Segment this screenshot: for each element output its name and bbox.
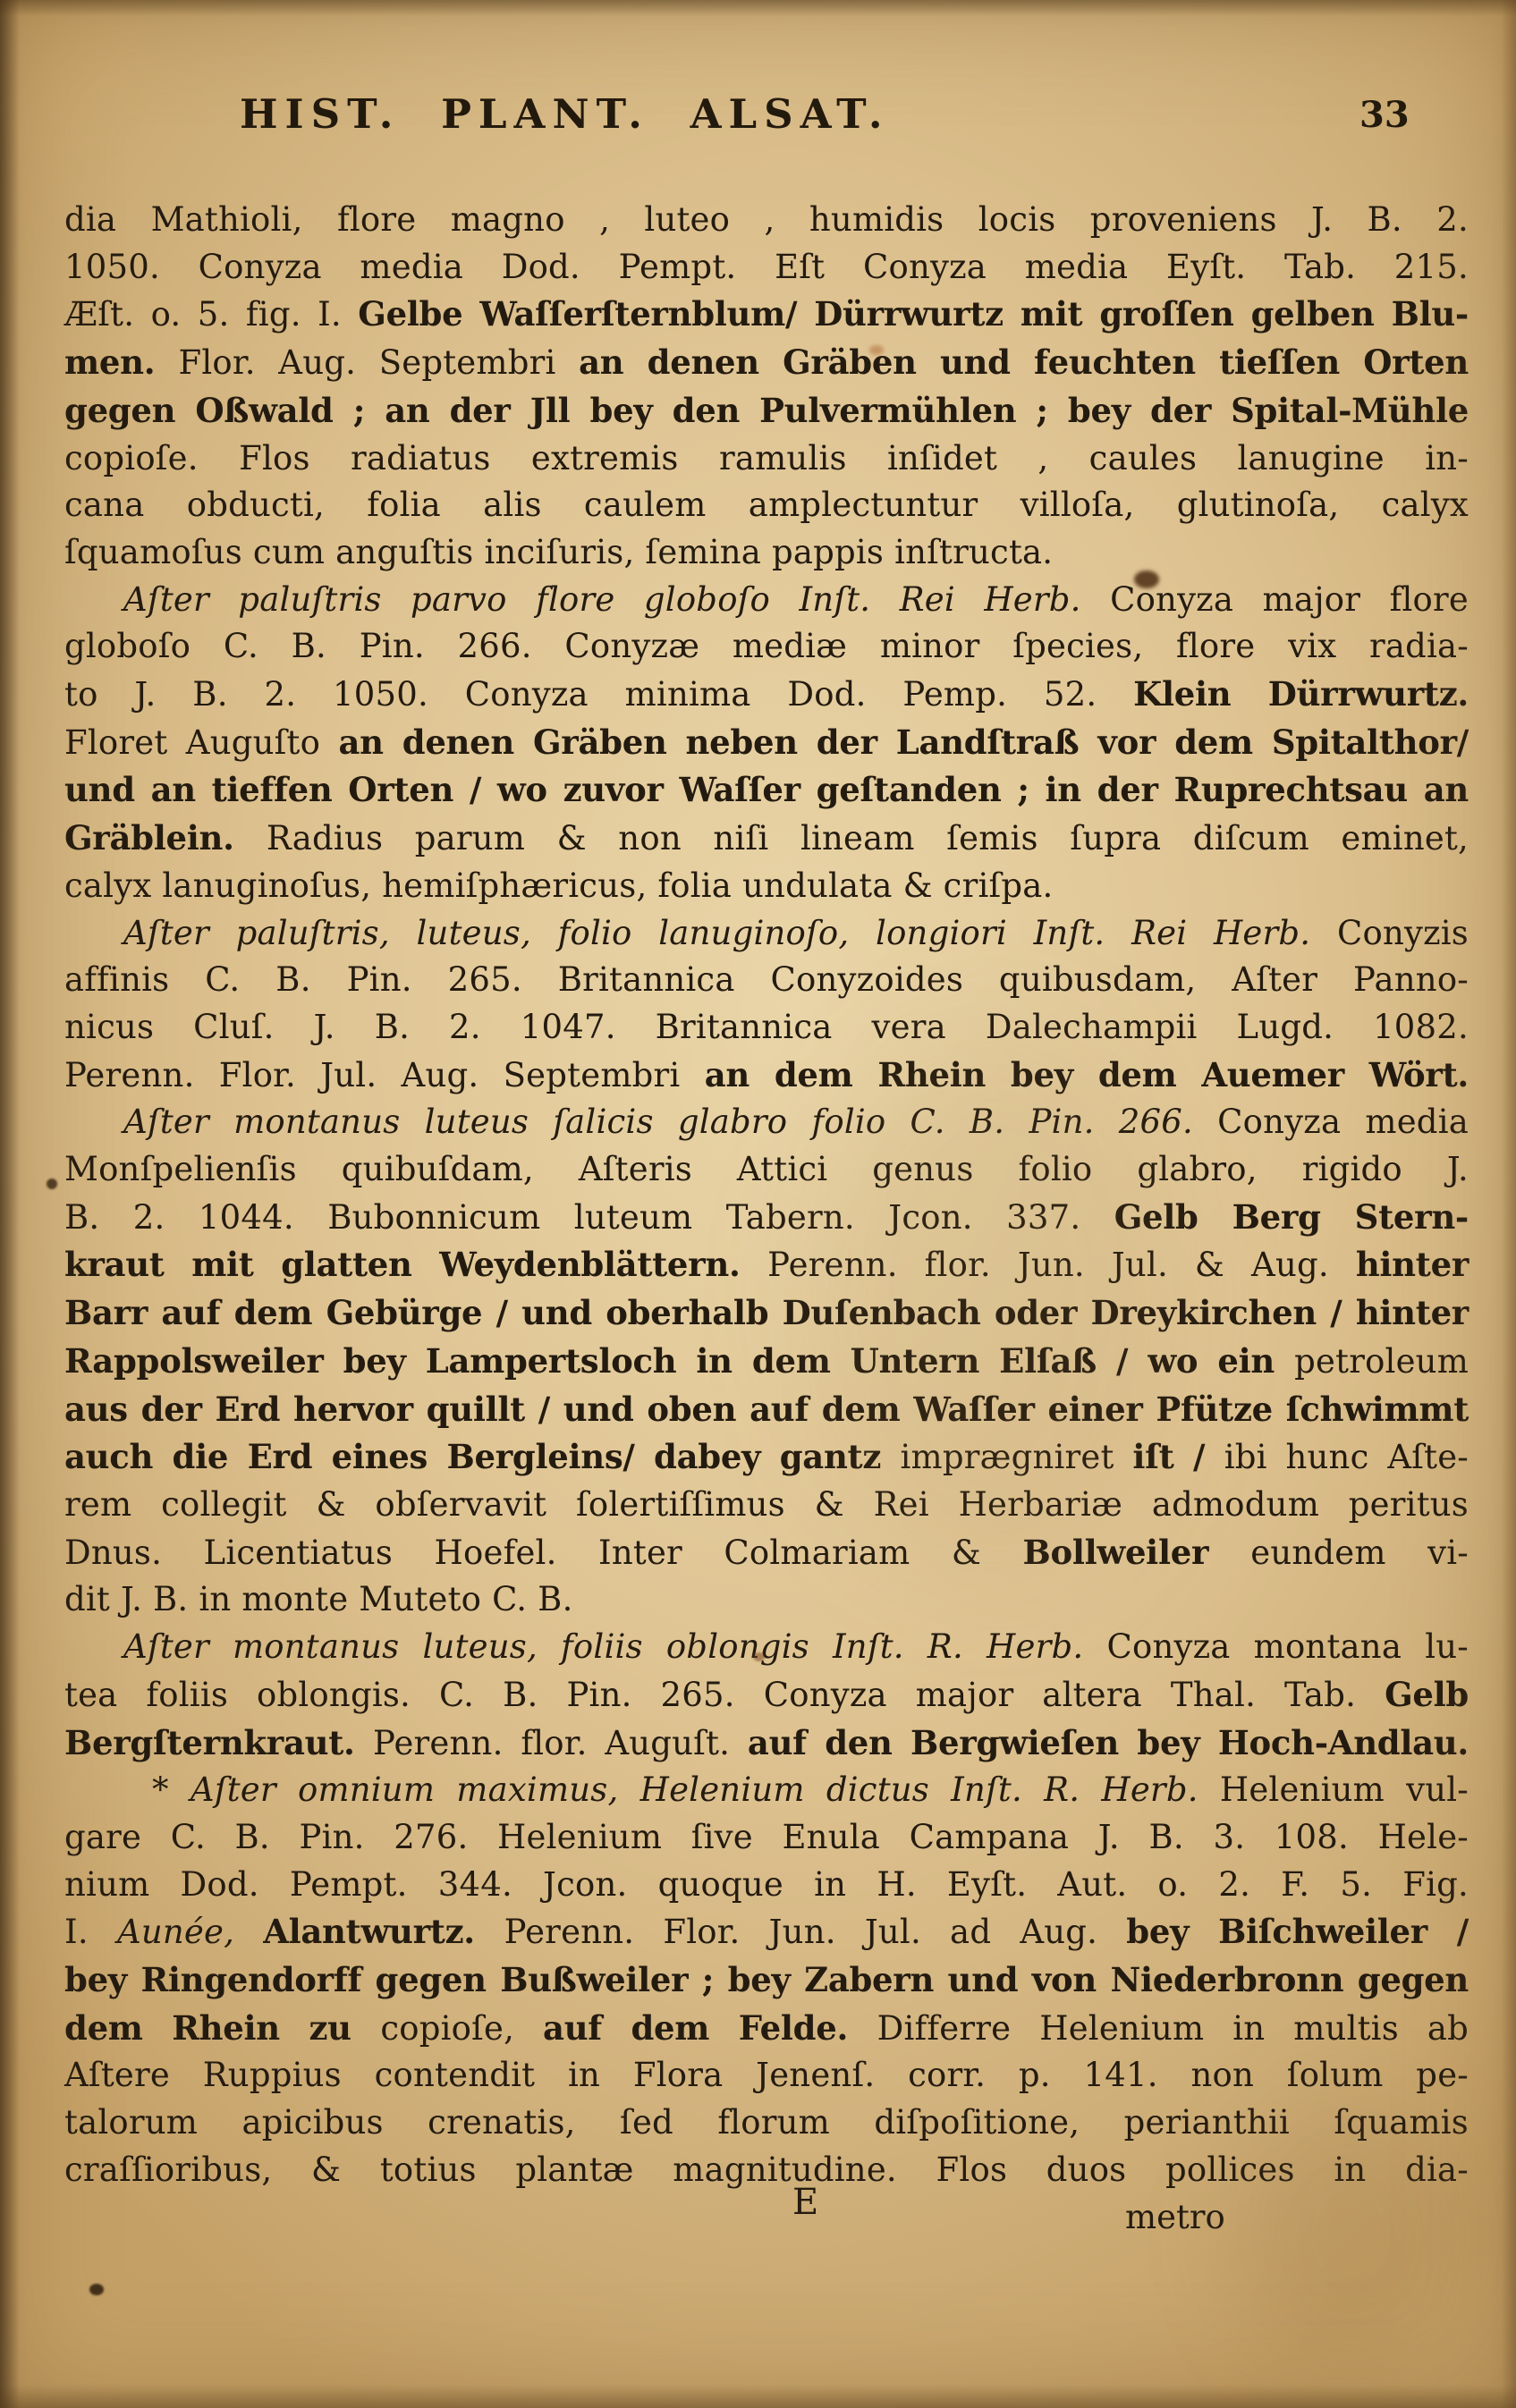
- latin-text: *: [152, 1770, 191, 1809]
- body-text-block: dia Mathioli, flore magno , luteo , humi…: [64, 197, 1469, 2194]
- latin-text: nium Dod. Pempt. 344. Jcon. quoque in H.…: [64, 1865, 1469, 1904]
- latin-text: eundem vi-: [1250, 1534, 1469, 1572]
- latin-text: affinis C. B. Pin. 265. Britannica Conyz…: [64, 960, 1469, 999]
- text-line: Dnus. Licentiatus Hoefel. Inter Colmaria…: [64, 1529, 1469, 1577]
- latin-text: Radius parum & non niſi lineam ſemis ſup…: [267, 819, 1469, 858]
- latin-text: Conyza major flore: [1110, 580, 1469, 619]
- italic-latin-text: Aſter omnium maximus, Helenium dictus In…: [191, 1770, 1220, 1809]
- text-line: dia Mathioli, flore magno , luteo , humi…: [64, 197, 1469, 244]
- latin-text: gare C. B. Pin. 276. Helenium ſive Enula…: [64, 1818, 1469, 1856]
- text-line: bey Ringendorff gegen Bußweiler ; bey Za…: [64, 1956, 1469, 2005]
- fraktur-text: auch die Erd eines Bergleins/ dabey gant…: [64, 1437, 901, 1476]
- fraktur-text: aus der Erd hervor quillt / und oben auf…: [64, 1390, 1469, 1429]
- fraktur-text: Rappolsweiler bey Lampertsloch in dem Un…: [64, 1341, 1294, 1381]
- text-line: Perenn. Flor. Jul. Aug. Septembri an dem…: [64, 1052, 1469, 1100]
- catchword: metro: [1125, 2198, 1225, 2236]
- text-line: dit J. B. in monte Muteto C. B.: [64, 1576, 1469, 1624]
- italic-latin-text: Aſter montanus luteus, foliis oblongis I…: [123, 1627, 1106, 1666]
- text-line: Aſtere Ruppius contendit in Flora Jenenſ…: [64, 2052, 1469, 2100]
- latin-text: Helenium vul-: [1220, 1770, 1469, 1809]
- text-line: Aſter paluſtris parvo flore globoſo Inſt…: [64, 577, 1469, 624]
- text-line: Barr auf dem Gebürge / und oberhalb Duſe…: [64, 1289, 1469, 1338]
- latin-text: Perenn. flor. Jun. Jul. & Aug.: [767, 1246, 1356, 1284]
- text-line: Rappolsweiler bey Lampertsloch in dem Un…: [64, 1338, 1469, 1386]
- latin-text: I.: [64, 1913, 117, 1951]
- text-line: to J. B. 2. 1050. Conyza minima Dod. Pem…: [64, 671, 1469, 719]
- latin-text: Conyzis: [1337, 914, 1469, 952]
- text-line: ſquamoſus cum anguſtis inciſuris, ſemina…: [64, 529, 1469, 577]
- latin-text: rem collegit & obſervavit ſolertiſſimus …: [64, 1485, 1469, 1524]
- text-line: Aſter montanus luteus, foliis oblongis I…: [64, 1624, 1469, 1671]
- latin-text: Floret Auguſto: [64, 723, 338, 762]
- latin-text: dia Mathioli, flore magno , luteo , humi…: [64, 200, 1469, 239]
- text-line: calyx lanuginoſus, hemiſphæricus, folia …: [64, 863, 1469, 910]
- text-line: Monſpelienſis quibuſdam, Aſteris Attici …: [64, 1146, 1469, 1194]
- fraktur-text: Gelb: [1385, 1675, 1469, 1714]
- text-line: Floret Auguſto an denen Gräben neben der…: [64, 719, 1469, 767]
- text-line: I. Aunée, Alantwurtz. Perenn. Flor. Jun.…: [64, 1908, 1469, 1956]
- page-number: 33: [1359, 94, 1410, 136]
- fraktur-text: an dem Rhein bey dem Auemer Wört.: [705, 1055, 1469, 1094]
- fraktur-text: bey Ringendorff gegen Bußweiler ; bey Za…: [64, 1960, 1469, 1999]
- fraktur-text: Gräblein.: [64, 818, 267, 858]
- fraktur-text: Gelb Berg Stern-: [1114, 1197, 1469, 1237]
- fraktur-text: Barr auf dem Gebürge / und oberhalb Duſe…: [64, 1293, 1469, 1332]
- text-line: Bergſternkraut. Perenn. flor. Auguſt. au…: [64, 1719, 1469, 1768]
- latin-text: Conyza media: [1217, 1103, 1469, 1141]
- text-line: affinis C. B. Pin. 265. Britannica Conyz…: [64, 957, 1469, 1004]
- text-line: gare C. B. Pin. 276. Helenium ſive Enula…: [64, 1814, 1469, 1862]
- text-line: craſſioribus, & totius plantæ magnitudin…: [64, 2147, 1469, 2194]
- text-line: aus der Erd hervor quillt / und oben auf…: [64, 1386, 1469, 1434]
- fraktur-text: Bollweiler: [1023, 1533, 1251, 1572]
- signature-mark: E: [792, 2182, 818, 2223]
- latin-text: nicus Cluſ. J. B. 2. 1047. Britannica ve…: [64, 1008, 1469, 1046]
- fraktur-text: an denen Gräben und feuchten tieſſen Ort…: [579, 342, 1469, 382]
- latin-text: Conyza montana lu-: [1106, 1627, 1469, 1666]
- fraktur-text: bey Biſchweiler /: [1126, 1912, 1469, 1951]
- latin-text: craſſioribus, & totius plantæ magnitudin…: [64, 2150, 1469, 2189]
- ink-dot-bottom: [89, 2284, 104, 2295]
- latin-text: Monſpelienſis quibuſdam, Aſteris Attici …: [64, 1150, 1469, 1188]
- latin-text: globoſo C. B. Pin. 266. Conyzæ mediæ min…: [64, 627, 1469, 665]
- fraktur-text: an denen Gräben neben der Landſtraß vor …: [338, 722, 1469, 762]
- latin-text: cana obducti, folia alis caulem amplectu…: [64, 486, 1469, 524]
- fraktur-text: hinter: [1356, 1245, 1469, 1284]
- text-line: talorum apicibus crenatis, ſed florum di…: [64, 2100, 1469, 2147]
- text-line: nium Dod. Pempt. 344. Jcon. quoque in H.…: [64, 1862, 1469, 1909]
- page-edge-shadow-top: [0, 0, 1516, 16]
- page-header: HIST. PLANT. ALSAT. 33: [0, 90, 1516, 144]
- italic-latin-text: Aſter montanus luteus ſalicis glabro fol…: [123, 1103, 1217, 1141]
- text-line: men. Flor. Aug. Septembri an denen Gräbe…: [64, 339, 1469, 387]
- text-line: 1050. Conyza media Dod. Pempt. Eſt Conyz…: [64, 244, 1469, 291]
- latin-text: imprægniret: [901, 1438, 1133, 1476]
- text-line: auch die Erd eines Bergleins/ dabey gant…: [64, 1433, 1469, 1482]
- fraktur-text: Klein Dürrwurtz.: [1133, 674, 1469, 714]
- ink-dot-margin: [47, 1179, 57, 1189]
- fraktur-text: auf dem Felde.: [543, 2008, 877, 2048]
- text-line: und an tieffen Orten / wo zuvor Waſſer g…: [64, 766, 1469, 815]
- text-line: rem collegit & obſervavit ſolertiſſimus …: [64, 1482, 1469, 1529]
- fraktur-text: Gelbe Waſſerſternblum/ Dürrwurtz mit gro…: [358, 294, 1469, 334]
- latin-text: Perenn. flor. Auguſt.: [373, 1724, 748, 1762]
- latin-text: petroleum: [1294, 1342, 1469, 1381]
- page-edge-shadow-bottom: [0, 2385, 1516, 2408]
- text-line: kraut mit glatten Weydenblättern. Perenn…: [64, 1241, 1469, 1289]
- fraktur-text: Alantwurtz.: [263, 1912, 504, 1951]
- latin-text: B. 2. 1044. Bubonnicum luteum Tabern. Jc…: [64, 1198, 1114, 1237]
- running-title: HIST. PLANT. ALSAT.: [240, 90, 890, 138]
- text-line: copioſe. Flos radiatus extremis ramulis …: [64, 435, 1469, 483]
- text-line: B. 2. 1044. Bubonnicum luteum Tabern. Jc…: [64, 1194, 1469, 1242]
- fraktur-text: und an tieffen Orten / wo zuvor Waſſer g…: [64, 770, 1469, 809]
- latin-text: tea foliis oblongis. C. B. Pin. 265. Con…: [64, 1676, 1385, 1714]
- fraktur-text: iſt /: [1132, 1437, 1224, 1476]
- page-edge-shadow-left: [0, 0, 20, 2408]
- text-line: Gräblein. Radius parum & non niſi lineam…: [64, 815, 1469, 863]
- latin-text: Perenn. Flor. Jul. Aug. Septembri: [64, 1056, 705, 1094]
- text-line: Aſter paluſtris, luteus, folio lanuginoſ…: [64, 910, 1469, 958]
- latin-text: calyx lanuginoſus, hemiſphæricus, folia …: [64, 866, 1054, 905]
- text-line: Aſter montanus luteus ſalicis glabro fol…: [64, 1099, 1469, 1146]
- fraktur-text: Bergſternkraut.: [64, 1723, 373, 1762]
- text-line: gegen Oßwald ; an der Jll bey den Pulver…: [64, 387, 1469, 435]
- page-edge-shadow-right: [1502, 0, 1516, 2408]
- latin-text: Aſtere Ruppius contendit in Flora Jenenſ…: [64, 2056, 1469, 2094]
- italic-latin-text: Aunée,: [117, 1913, 263, 1951]
- text-line: * Aſter omnium maximus, Helenium dictus …: [64, 1767, 1469, 1814]
- text-line: Æſt. o. 5. fig. I. Gelbe Waſſerſternblum…: [64, 291, 1469, 339]
- latin-text: Æſt. o. 5. fig. I.: [64, 295, 358, 334]
- italic-latin-text: Aſter paluſtris, luteus, folio lanuginoſ…: [123, 914, 1337, 952]
- latin-text: to J. B. 2. 1050. Conyza minima Dod. Pem…: [64, 675, 1133, 714]
- text-line: tea foliis oblongis. C. B. Pin. 265. Con…: [64, 1671, 1469, 1719]
- fraktur-text: auf den Bergwieſen bey Hoch-Andlau.: [748, 1723, 1469, 1762]
- text-line: cana obducti, folia alis caulem amplectu…: [64, 482, 1469, 529]
- latin-text: 1050. Conyza media Dod. Pempt. Eſt Conyz…: [64, 248, 1469, 286]
- latin-text: Dnus. Licentiatus Hoefel. Inter Colmaria…: [64, 1534, 1023, 1572]
- latin-text: ſquamoſus cum anguſtis inciſuris, ſemina…: [64, 533, 1053, 571]
- fraktur-text: kraut mit glatten Weydenblättern.: [64, 1245, 767, 1284]
- latin-text: Differre Helenium in multis ab: [877, 2009, 1469, 2048]
- fraktur-text: dem Rhein zu: [64, 2008, 380, 2048]
- latin-text: talorum apicibus crenatis, ſed florum di…: [64, 2103, 1469, 2142]
- text-line: nicus Cluſ. J. B. 2. 1047. Britannica ve…: [64, 1004, 1469, 1052]
- latin-text: Flor. Aug. Septembri: [179, 343, 580, 382]
- italic-latin-text: Aſter paluſtris parvo flore globoſo Inſt…: [123, 580, 1110, 619]
- latin-text: dit J. B. in monte Muteto C. B.: [64, 1580, 573, 1618]
- latin-text: copioſe. Flos radiatus extremis ramulis …: [64, 439, 1469, 477]
- latin-text: copioſe,: [380, 2009, 543, 2048]
- text-line: globoſo C. B. Pin. 266. Conyzæ mediæ min…: [64, 623, 1469, 671]
- text-line: dem Rhein zu copioſe, auf dem Felde. Dif…: [64, 2005, 1469, 2053]
- latin-text: Perenn. Flor. Jun. Jul. ad Aug.: [504, 1913, 1127, 1951]
- book-page-scan: HIST. PLANT. ALSAT. 33 dia Mathioli, flo…: [0, 0, 1516, 2408]
- fraktur-text: men.: [64, 342, 179, 382]
- latin-text: ibi hunc Aſte-: [1224, 1438, 1469, 1476]
- fraktur-text: gegen Oßwald ; an der Jll bey den Pulver…: [64, 391, 1469, 430]
